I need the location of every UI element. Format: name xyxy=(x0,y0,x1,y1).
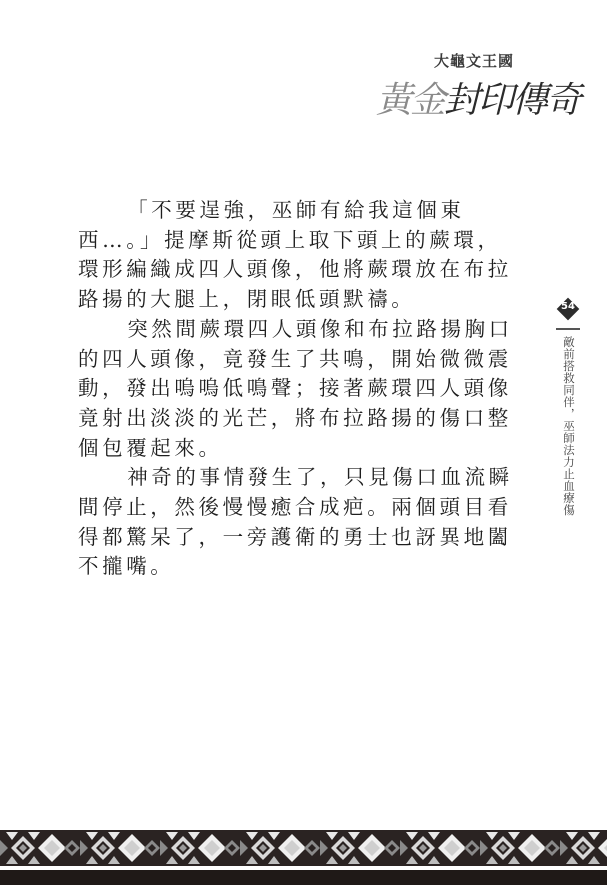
series-title-logo: 黃金封印傳奇 xyxy=(376,72,580,123)
side-margin: 54 敵前搭救同伴，巫師法力止血療傷 xyxy=(553,298,583,526)
footer-dark-stripe xyxy=(0,870,607,885)
paragraph: 神奇的事情發生了，只見傷口血流瞬間停止，然後慢慢癒合成疤。兩個頭目看得都驚呆了，… xyxy=(78,463,518,582)
series-title-rest: 封印傳奇 xyxy=(444,80,580,121)
chapter-title-vertical: 敵前搭救同伴，巫師法力止血療傷 xyxy=(561,336,575,526)
diamond-pattern-icon xyxy=(0,830,607,866)
divider xyxy=(556,328,580,330)
publisher-name: 大龜文王國 xyxy=(434,50,514,71)
series-title-first: 黃金 xyxy=(376,80,444,121)
page-number-badge: 54 xyxy=(557,298,579,320)
page-number: 54 xyxy=(557,301,579,312)
diamond-pattern-strip xyxy=(0,830,607,866)
book-header: 大龜文王國 黃金封印傳奇 xyxy=(372,44,587,124)
paragraph: 「不要逞強，巫師有給我這個東西…。」提摩斯從頭上取下頭上的蕨環，環形編織成四人頭… xyxy=(78,196,518,315)
paragraph: 突然間蕨環四人頭像和布拉路揚胸口的四人頭像，竟發生了共鳴，開始微微震動，發出嗚嗚… xyxy=(78,315,518,464)
decorative-footer-band xyxy=(0,830,607,889)
story-body: 「不要逞強，巫師有給我這個東西…。」提摩斯從頭上取下頭上的蕨環，環形編織成四人頭… xyxy=(78,196,518,582)
